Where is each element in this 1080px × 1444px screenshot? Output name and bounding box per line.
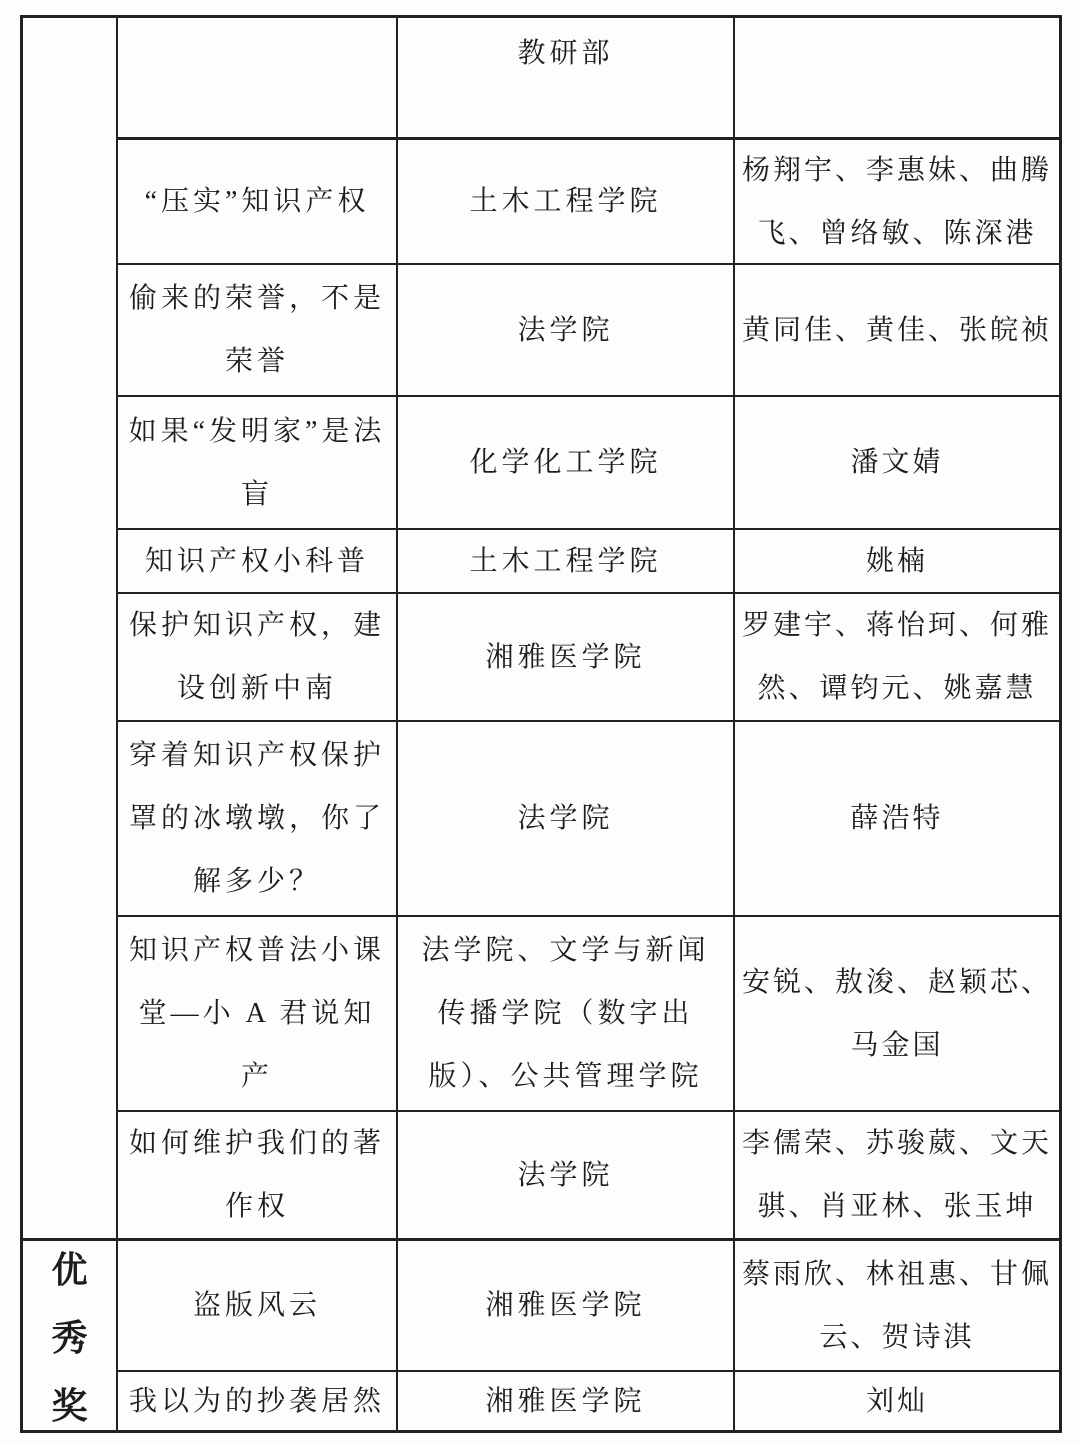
college-cell: 法学院 — [398, 1112, 735, 1238]
authors-cell — [735, 18, 1059, 137]
table-row: 教研部 — [118, 18, 1059, 137]
work-title-cell: 盗版风云 — [118, 1241, 398, 1370]
work-title-cell — [118, 18, 398, 137]
table-row: 盗版风云 湘雅医学院 蔡雨欣、林祖惠、甘佩云、贺诗淇 — [118, 1238, 1059, 1370]
authors-cell: 蔡雨欣、林祖惠、甘佩云、贺诗淇 — [735, 1241, 1059, 1370]
college-cell: 湘雅医学院 — [398, 1241, 735, 1370]
table-row: “压实”知识产权 土木工程学院 杨翔宇、李惠妹、曲腾飞、曾络敏、陈深港 — [118, 137, 1059, 263]
work-title-cell: 保护知识产权，建设创新中南 — [118, 594, 398, 720]
authors-cell: 刘灿 — [735, 1372, 1059, 1430]
award-char: 优 — [51, 1242, 87, 1293]
authors-cell: 黄同佳、黄佳、张皖祯 — [735, 265, 1059, 395]
table-row: 知识产权小科普 土木工程学院 姚楠 — [118, 528, 1059, 592]
work-title-cell: 如何维护我们的著作权 — [118, 1112, 398, 1238]
college-cell: 法学院、文学与新闻传播学院（数字出版）、公共管理学院 — [398, 917, 735, 1110]
work-title-cell: 如果“发明家”是法盲 — [118, 397, 398, 528]
college-cell: 湘雅医学院 — [398, 594, 735, 720]
award-label-cell: 优 秀 奖 — [23, 1238, 116, 1430]
work-title-cell: 穿着知识产权保护罩的冰墩墩，你了解多少？ — [118, 722, 398, 915]
table-row: 如果“发明家”是法盲 化学化工学院 潘文婧 — [118, 395, 1059, 528]
authors-cell: 杨翔宇、李惠妹、曲腾飞、曾络敏、陈深港 — [735, 140, 1059, 263]
award-char: 秀 — [51, 1310, 87, 1361]
table-body: 教研部 “压实”知识产权 土木工程学院 杨翔宇、李惠妹、曲腾飞、曾络敏、陈深港 … — [118, 18, 1059, 1430]
authors-cell: 李儒荣、苏骏葳、文天骐、肖亚林、张玉坤 — [735, 1112, 1059, 1238]
authors-cell: 姚楠 — [735, 530, 1059, 592]
table-row: 偷来的荣誉，不是荣誉 法学院 黄同佳、黄佳、张皖祯 — [118, 263, 1059, 395]
work-title-cell: 我以为的抄袭居然 — [118, 1372, 398, 1430]
award-char: 奖 — [51, 1378, 87, 1429]
table-row: 我以为的抄袭居然 湘雅医学院 刘灿 — [118, 1370, 1059, 1430]
college-cell: 法学院 — [398, 265, 735, 395]
table-row: 穿着知识产权保护罩的冰墩墩，你了解多少？ 法学院 薛浩特 — [118, 720, 1059, 915]
table-row: 如何维护我们的著作权 法学院 李儒荣、苏骏葳、文天骐、肖亚林、张玉坤 — [118, 1110, 1059, 1238]
college-cell: 土木工程学院 — [398, 530, 735, 592]
award-column: 优 秀 奖 — [23, 18, 118, 1430]
college-cell: 教研部 — [398, 18, 735, 137]
college-cell: 法学院 — [398, 722, 735, 915]
authors-cell: 薛浩特 — [735, 722, 1059, 915]
authors-cell: 罗建宇、蒋怡珂、何雅然、谭钧元、姚嘉慧 — [735, 594, 1059, 720]
college-cell: 湘雅医学院 — [398, 1372, 735, 1430]
awards-table: 优 秀 奖 教研部 “压实”知识产权 土木工程学院 杨翔宇、李惠妹、曲腾飞、曾络… — [20, 15, 1062, 1433]
work-title-cell: “压实”知识产权 — [118, 140, 398, 263]
college-cell: 土木工程学院 — [398, 140, 735, 263]
table-row: 保护知识产权，建设创新中南 湘雅医学院 罗建宇、蒋怡珂、何雅然、谭钧元、姚嘉慧 — [118, 592, 1059, 720]
authors-cell: 安锐、敖浚、赵颖芯、马金国 — [735, 917, 1059, 1110]
table-row: 知识产权普法小课堂—小 A 君说知产 法学院、文学与新闻传播学院（数字出版）、公… — [118, 915, 1059, 1110]
work-title-cell: 知识产权普法小课堂—小 A 君说知产 — [118, 917, 398, 1110]
authors-cell: 潘文婧 — [735, 397, 1059, 528]
award-empty-cell — [23, 18, 116, 1238]
document-page: 优 秀 奖 教研部 “压实”知识产权 土木工程学院 杨翔宇、李惠妹、曲腾飞、曾络… — [0, 0, 1080, 1444]
work-title-cell: 知识产权小科普 — [118, 530, 398, 592]
work-title-cell: 偷来的荣誉，不是荣誉 — [118, 265, 398, 395]
college-cell: 化学化工学院 — [398, 397, 735, 528]
